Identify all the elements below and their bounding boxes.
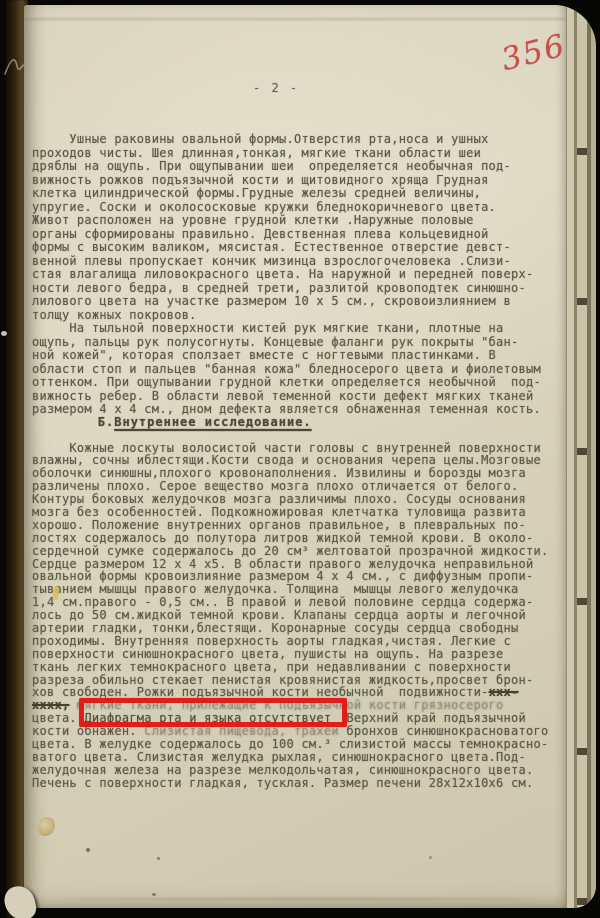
- document-photo: 356 - 2 - Ушные раковины овальной формы.…: [0, 0, 600, 918]
- paper-speck: [152, 893, 156, 896]
- paper-speck: [157, 857, 160, 860]
- section-heading: Б.Внутреннее исследование.: [32, 415, 564, 442]
- paper-stain: [38, 817, 55, 836]
- paragraph: Кожные лоскуты волосистой части головы с…: [32, 442, 564, 790]
- sheet-edge-stitches: [577, 5, 587, 908]
- paper-crease-bottom: [64, 898, 534, 900]
- document-page: 356 - 2 - Ушные раковины овальной формы.…: [24, 5, 566, 908]
- paper-speck: [86, 848, 90, 852]
- highlight-annotation-box: [79, 698, 347, 727]
- paper-speck: [429, 856, 432, 859]
- typed-text: Ушные раковины овальной формы.Отверстия …: [32, 133, 564, 790]
- paper-speck: [1, 331, 7, 336]
- paragraph: На тыльной поверхности кистей рук мягкие…: [32, 322, 564, 417]
- paper-crease: [24, 18, 566, 20]
- sheet-edge: [591, 5, 596, 908]
- typed-page-number: - 2 -: [253, 81, 299, 95]
- paragraph: Ушные раковины овальной формы.Отверстия …: [32, 133, 564, 322]
- page-stack: 356 - 2 - Ушные раковины овальной формы.…: [24, 5, 596, 908]
